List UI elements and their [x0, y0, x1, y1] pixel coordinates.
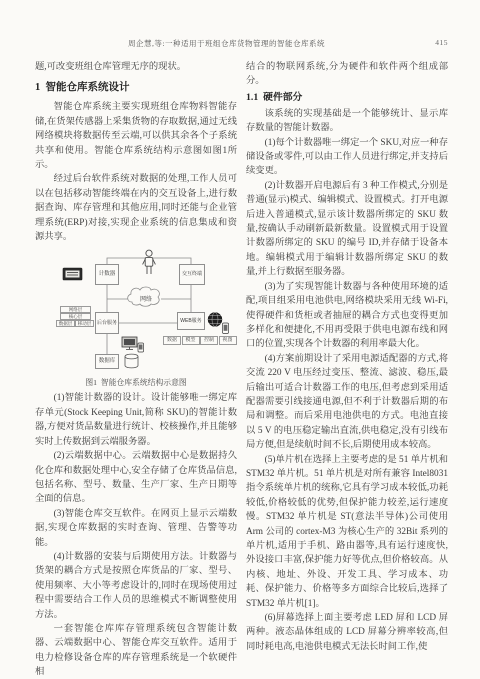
left-paragraph-4: (2)云端数据中心。云端数据中心是数据持久化仓库和数据处理中心,安全存储了仓库货… — [35, 449, 237, 507]
section-1-heading: 1 智能仓库系统设计 — [35, 81, 237, 95]
diagram-layer-data: 数据层 — [56, 320, 75, 327]
page-header: 周企慧,等:一种适用于班组仓库货物管理的智能仓库系统 415 — [35, 38, 448, 52]
monitor-icon — [122, 337, 137, 350]
page-number: 415 — [435, 38, 448, 47]
diagram-node-web-service: WEB服务 — [177, 312, 205, 330]
left-paragraph-3: (1)智能计数器的设计。设计能够唯一绑定库存单元(Stock Keeping U… — [35, 391, 237, 449]
left-paragraph-6: (4)计数器的安装与后期使用方法。计数器与货架的耦合方式是按照仓库货品的厂家、型… — [35, 550, 237, 622]
diagram-layer-core: 核心层 — [60, 313, 91, 320]
counter-device-icon — [63, 268, 82, 280]
diagram-mvc-view: 视图 — [219, 336, 237, 345]
diagram-layer-mobile: 移动层 — [75, 320, 94, 327]
left-column: 题,可改变班组仓库管理无序的现状。 1 智能仓库系统设计 智能仓库系统主要实现班… — [35, 60, 237, 679]
right-paragraph-2: (1)每个计数器唯一绑定一个 SKU,对应一种存储设备或零件,可以由工作人员进行… — [246, 136, 448, 179]
running-title: 周企慧,等:一种适用于班组仓库货物管理的智能仓库系统 — [35, 38, 418, 49]
person-icon — [143, 251, 156, 275]
diagram-mvc-control: 控制 — [200, 336, 218, 345]
diagram-node-terminal: 交互终端 — [179, 264, 205, 285]
diagram-node-backend: 后台服务 — [95, 312, 119, 334]
right-paragraph-6: (5)单片机在选择上主要考虑的是 51 单片机和 STM32 单片机。51 单片… — [246, 453, 448, 611]
diagram-node-database: 数据库 — [95, 354, 119, 369]
mobile-phone-icon — [223, 323, 229, 334]
two-column-body: 题,可改变班组仓库管理无序的现状。 1 智能仓库系统设计 智能仓库系统主要实现班… — [35, 60, 448, 679]
right-paragraph-4: (3)为了实现智能计数器与各种使用环境的适配,项目组采用电池供电,网络模块采用无… — [246, 280, 448, 352]
left-paragraph-continuation: 题,可改变班组仓库管理无序的现状。 — [35, 60, 237, 74]
diagram-node-network: 网络 — [131, 294, 161, 303]
right-paragraph-7: (6)屏幕选择上面主要考虑 LED 屏和 LCD 屏两种。液态晶体组成的 LCD… — [246, 611, 448, 654]
diagram-mvc-model: 模型 — [182, 336, 200, 345]
left-paragraph-7: 一套智能仓库库存管理系统包含智能计数器、云端数据中心、智能仓库交互软件。适用于电… — [35, 622, 237, 679]
figure-1-diagram: 计数器 交互终端 网络 后台服务 WEB服务 数据库 网络层 核心层 数据层 移… — [35, 249, 237, 375]
database-cylinder-icon — [125, 355, 138, 369]
left-paragraph-2: 经过后台软件系统对数据的处理,工作人员可以在包括移动智能终端在内的交互设备上,进… — [35, 172, 237, 244]
left-paragraph-5: (3)智能仓库交互软件。在网页上显示云端数据,实现仓库数据的实时查询、管理、告警… — [35, 507, 237, 550]
paper-page: 周企慧,等:一种适用于班组仓库货物管理的智能仓库系统 415 题,可改变班组仓库… — [0, 0, 480, 679]
handheld-phone-icon — [138, 343, 144, 352]
right-paragraph-5: (4)方案前期设计了采用电源适配器的方式,将交流 220 V 电压经过变压、整流… — [246, 352, 448, 453]
diagram-node-counter: 计数器 — [95, 264, 119, 285]
left-paragraph-1: 智能仓库系统主要实现班组仓库物料智能存储,在货架传感器上采集货物的存取数据,通过… — [35, 100, 237, 172]
right-paragraph-1: 该系统的实现基础是一个能够统计、显示库存数量的智能计数器。 — [246, 107, 448, 136]
section-1-1-heading: 1.1 硬件部分 — [246, 91, 448, 105]
right-paragraph-3: (2)计数器开启电源后有 3 种工作模式,分别是普通(显示)模式、编辑模式、设置… — [246, 179, 448, 280]
diagram-mvc-data: 数据 — [163, 336, 181, 345]
right-paragraph-continuation: 结合的物联网系统,分为硬件和软件两个组成部分。 — [246, 60, 448, 89]
diagram-layer-network: 网络层 — [60, 306, 91, 313]
globe-icon — [208, 313, 222, 327]
figure-1-caption: 图1 智能仓库系统结构示意图 — [35, 377, 237, 388]
right-column: 结合的物联网系统,分为硬件和软件两个组成部分。 1.1 硬件部分 该系统的实现基… — [246, 60, 448, 679]
